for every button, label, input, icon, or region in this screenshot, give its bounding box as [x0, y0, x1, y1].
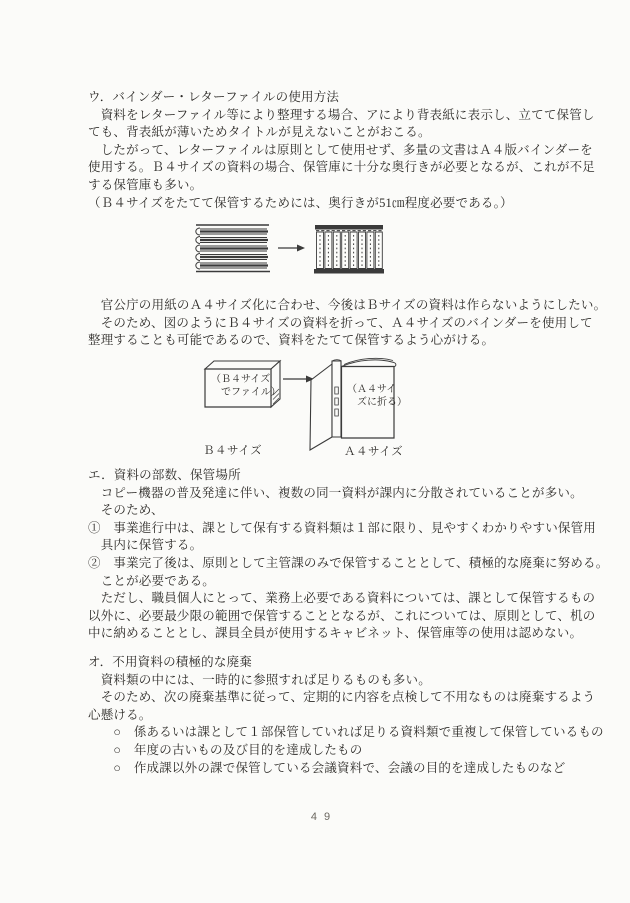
text-line: したがって、レターファイルは原則として使用せず、多量の文書はＡ４版バインダーを	[88, 142, 595, 160]
text-line: 資料類の中には、一時的に参照すれば足りるものも多い。	[88, 672, 604, 690]
section-heading: オ．不用資料の積極的な廃棄	[88, 654, 604, 672]
section-heading: エ．資料の部数、保管場所	[88, 467, 608, 485]
scanned-document-page: ウ．バインダー・レターファイルの使用方法 資料をレターファイル等により整理する場…	[0, 0, 630, 903]
bullet-item: ○ 係あるいは課として１部保管していれば足りる資料類で重複して保管しているもの	[88, 724, 604, 742]
text-line: コピー機器の普及発達に伴い、複数の同一資料が課内に分散されていることが多い。	[88, 485, 608, 503]
numbered-item-1: ① 事業進行中は、課として保有する資料類は１部に限り、見やすくわかりやすい保管用	[88, 520, 608, 538]
section-heading: ウ．バインダー・レターファイルの使用方法	[88, 89, 595, 107]
section-e-copies-and-storage: エ．資料の部数、保管場所 コピー機器の普及発達に伴い、複数の同一資料が課内に分散…	[88, 467, 608, 643]
text-line: 中に納めることとし、課員全員が使用するキャビネット、保管庫等の使用は認めない。	[88, 625, 608, 643]
right-arrow-icon	[278, 245, 305, 252]
flat-file-stack-icon	[196, 225, 270, 272]
text-line: そのため、次の廃棄基準に従って、定期的に内容を点検して不用なものは廃棄するよう	[88, 689, 604, 707]
right-arrow-icon	[283, 376, 314, 383]
b4-size-label: Ｂ４サイズ	[203, 442, 262, 458]
text-line: 心懸ける。	[88, 707, 604, 725]
text-line: 具内に保管する。	[88, 537, 608, 555]
section-o-disposal: オ．不用資料の積極的な廃棄 資料類の中には、一時的に参照すれば足りるものも多い。…	[88, 654, 604, 777]
text-line: する保管庫も多い。	[88, 177, 595, 195]
a4-size-label: Ａ４サイズ	[344, 443, 403, 459]
text-line: 使用する。Ｂ４サイズの資料の場合、保管庫に十分な奥行きが必要となるが、これが不足	[88, 159, 595, 177]
text-line: 資料をレターファイル等により整理する場合、アにより背表紙に表示し、立てて保管し	[88, 107, 595, 125]
numbered-item-2: ② 事業完了後は、原則として主管課のみで保管することとして、積極的な廃棄に努める…	[88, 555, 608, 573]
bullet-item: ○ 作成課以外の課で保管している会議資料で、会議の目的を達成したものなど	[88, 760, 604, 778]
page-number: 49	[280, 811, 368, 823]
text-line: 以外に、必要最少限の範囲で保管することとなるが、これについては、原則として、机の	[88, 608, 608, 626]
bullet-item: ○ 年度の古いもの及び目的を達成したもの	[88, 742, 604, 760]
diagram-flat-files-to-upright-binders	[183, 216, 393, 280]
text-line: ただし、職員個人にとって、業務上必要である資料については、課として保管するもの	[88, 590, 608, 608]
b4-box-caption: （Ｂ４サイズ でファイル）	[211, 373, 277, 399]
text-line: ことが必要である。	[88, 573, 608, 591]
text-line: ても、背表紙が薄いためタイトルが見えないことがおこる。	[88, 124, 595, 142]
text-line: そのため、図のようにＢ４サイズの資料を折って、Ａ４サイズのバインダーを使用して	[88, 315, 606, 333]
a4-binder-caption: （Ａ４サイ ズに折る）	[347, 383, 403, 409]
text-line: 官公庁の用紙のＡ４サイズ化に合わせ、今後はＢサイズの資料は作らないようにしたい。	[88, 297, 606, 315]
text-line: （Ｂ４サイズをたてて保管するためには、奥行きが51㎝程度必要である。）	[88, 195, 595, 213]
text-line: そのため、	[88, 502, 608, 520]
upright-binders-shelf-icon	[314, 225, 384, 274]
text-line: 整理することも可能であるので、資料をたてて保管するよう心がける。	[88, 332, 606, 350]
paragraph-a4-standardization: 官公庁の用紙のＡ４サイズ化に合わせ、今後はＢサイズの資料は作らないようにしたい。…	[88, 297, 606, 350]
section-u-binder-letterfile-usage: ウ．バインダー・レターファイルの使用方法 資料をレターファイル等により整理する場…	[88, 89, 595, 212]
